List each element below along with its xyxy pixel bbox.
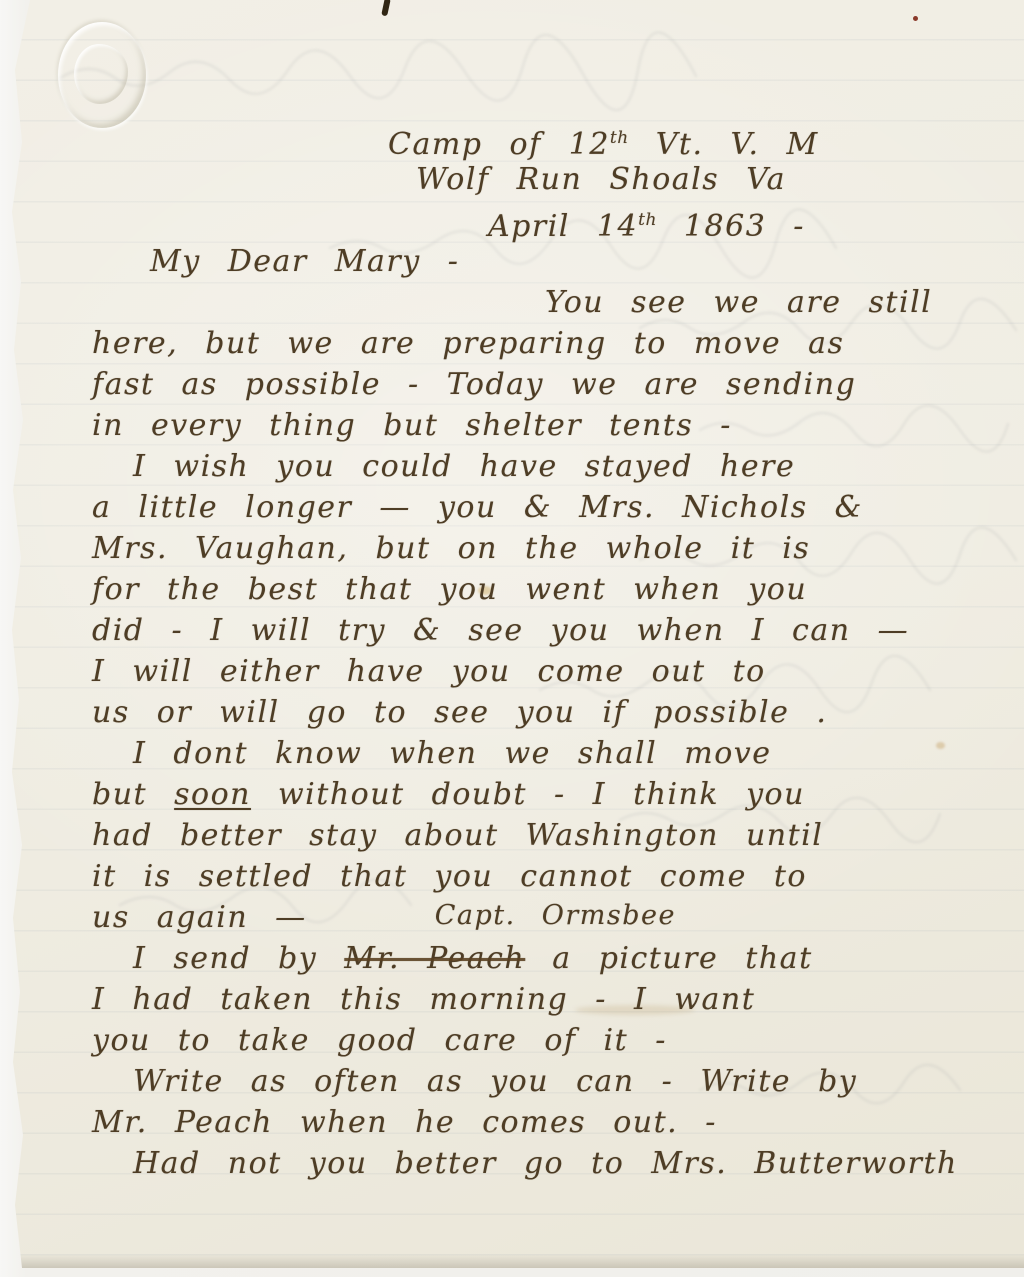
letter-line-body: us again —Capt. Ormsbee [0, 897, 1024, 938]
letter-line-body: it is settled that you cannot come to [0, 856, 1024, 897]
letter-line-indent: Write as often as you can - Write by [0, 1061, 1024, 1102]
paper-bottom-shadow [0, 1254, 1024, 1268]
letter-segment: us or will go to see you if possible . [92, 695, 827, 730]
letter-segment: Had not you better go to Mrs. Butterwort… [133, 1146, 958, 1181]
letter-line-body: but soon without doubt - I think you [0, 774, 1024, 815]
letter-line-body: Mrs. Vaughan, but on the whole it is [0, 528, 1024, 569]
letter-segment-sup: th [610, 128, 629, 148]
letter-segment-insert-above: Capt. Ormsbee [435, 895, 676, 936]
letter-segment: without doubt - I think you [251, 777, 805, 812]
letter-segment: but [92, 777, 174, 812]
letter-segment-underline: soon [174, 777, 251, 812]
scanned-letter: Camp of 12th Vt. V. MWolf Run Shoals VaA… [0, 0, 1024, 1277]
letter-line-salutation: My Dear Mary - [0, 241, 1024, 282]
letter-segment: did - I will try & see you when I can — [92, 613, 909, 648]
letter-segment: 1863 - [657, 209, 805, 244]
red-ink-speck [913, 16, 918, 21]
letter-segment: I send by [133, 941, 344, 976]
letter-segment: had better stay about Washington until [92, 818, 823, 853]
letter-segment: a little longer — you & Mrs. Nichols & [92, 490, 863, 525]
letter-line-body: Mr. Peach when he comes out. - [0, 1102, 1024, 1143]
letter-segment: April 14 [488, 209, 638, 244]
letter-line-heading2: Wolf Run Shoals Va [0, 159, 1024, 200]
letter-segment: I dont know when we shall move [133, 736, 771, 771]
letter-segment: in every thing but shelter tents - [92, 408, 732, 443]
letter-segment: a picture that [525, 941, 812, 976]
letter-segment: You see we are still [545, 285, 932, 320]
letter-segment: Camp of 12 [388, 127, 610, 162]
letter-line-indent: I send by Mr. Peach a picture that [0, 938, 1024, 979]
letter-line-body: you to take good care of it - [0, 1020, 1024, 1061]
letter-line-body: fast as possible - Today we are sending [0, 364, 1024, 405]
letter-line-indent: I dont know when we shall move [0, 733, 1024, 774]
letter-line-opening: You see we are still [0, 282, 1024, 323]
letter-segment: fast as possible - Today we are sending [92, 367, 856, 402]
letter-segment: Wolf Run Shoals Va [416, 162, 786, 197]
embossed-stationer-seal-icon [58, 22, 146, 128]
letter-line-heading3: April 14th 1863 - [0, 200, 1024, 241]
letter-segment: Write as often as you can - Write by [133, 1064, 857, 1099]
letter-segment: you to take good care of it - [92, 1023, 667, 1058]
letter-segment: Mr. Peach when he comes out. - [92, 1105, 717, 1140]
letter-segment: us again — [92, 900, 307, 935]
seal-motif [74, 44, 128, 104]
letter-paper: Camp of 12th Vt. V. MWolf Run Shoals VaA… [0, 0, 1024, 1268]
letter-segment: Mrs. Vaughan, but on the whole it is [92, 531, 810, 566]
letter-line-body: I will either have you come out to [0, 651, 1024, 692]
letter-segment: it is settled that you cannot come to [92, 859, 807, 894]
letter-line-body: a little longer — you & Mrs. Nichols & [0, 487, 1024, 528]
letter-segment: Vt. V. M [629, 127, 819, 162]
letter-segment-sup: th [638, 210, 657, 230]
letter-line-heading1: Camp of 12th Vt. V. M [0, 118, 1024, 159]
letter-line-body: for the best that you went when you [0, 569, 1024, 610]
letter-line-body: did - I will try & see you when I can — [0, 610, 1024, 651]
letter-line-body: us or will go to see you if possible . [0, 692, 1024, 733]
letter-line-indent: Had not you better go to Mrs. Butterwort… [0, 1143, 1024, 1184]
letter-segment: I wish you could have stayed here [133, 449, 795, 484]
letter-line-body: had better stay about Washington until [0, 815, 1024, 856]
letter-segment: for the best that you went when you [92, 572, 807, 607]
letter-segment: I will either have you come out to [92, 654, 766, 689]
letter-segment: My Dear Mary - [150, 244, 459, 279]
letter-segment: I had taken this morning - I want [92, 982, 755, 1017]
letter-segment-strike: Mr. Peach [344, 941, 525, 976]
letter-line-body: here, but we are preparing to move as [0, 323, 1024, 364]
letter-line-body: in every thing but shelter tents - [0, 405, 1024, 446]
letter-line-indent: I wish you could have stayed here [0, 446, 1024, 487]
letter-line-body: I had taken this morning - I want [0, 979, 1024, 1020]
letter-segment: here, but we are preparing to move as [92, 326, 844, 361]
letter-lines: Camp of 12th Vt. V. MWolf Run Shoals VaA… [0, 118, 1024, 1184]
